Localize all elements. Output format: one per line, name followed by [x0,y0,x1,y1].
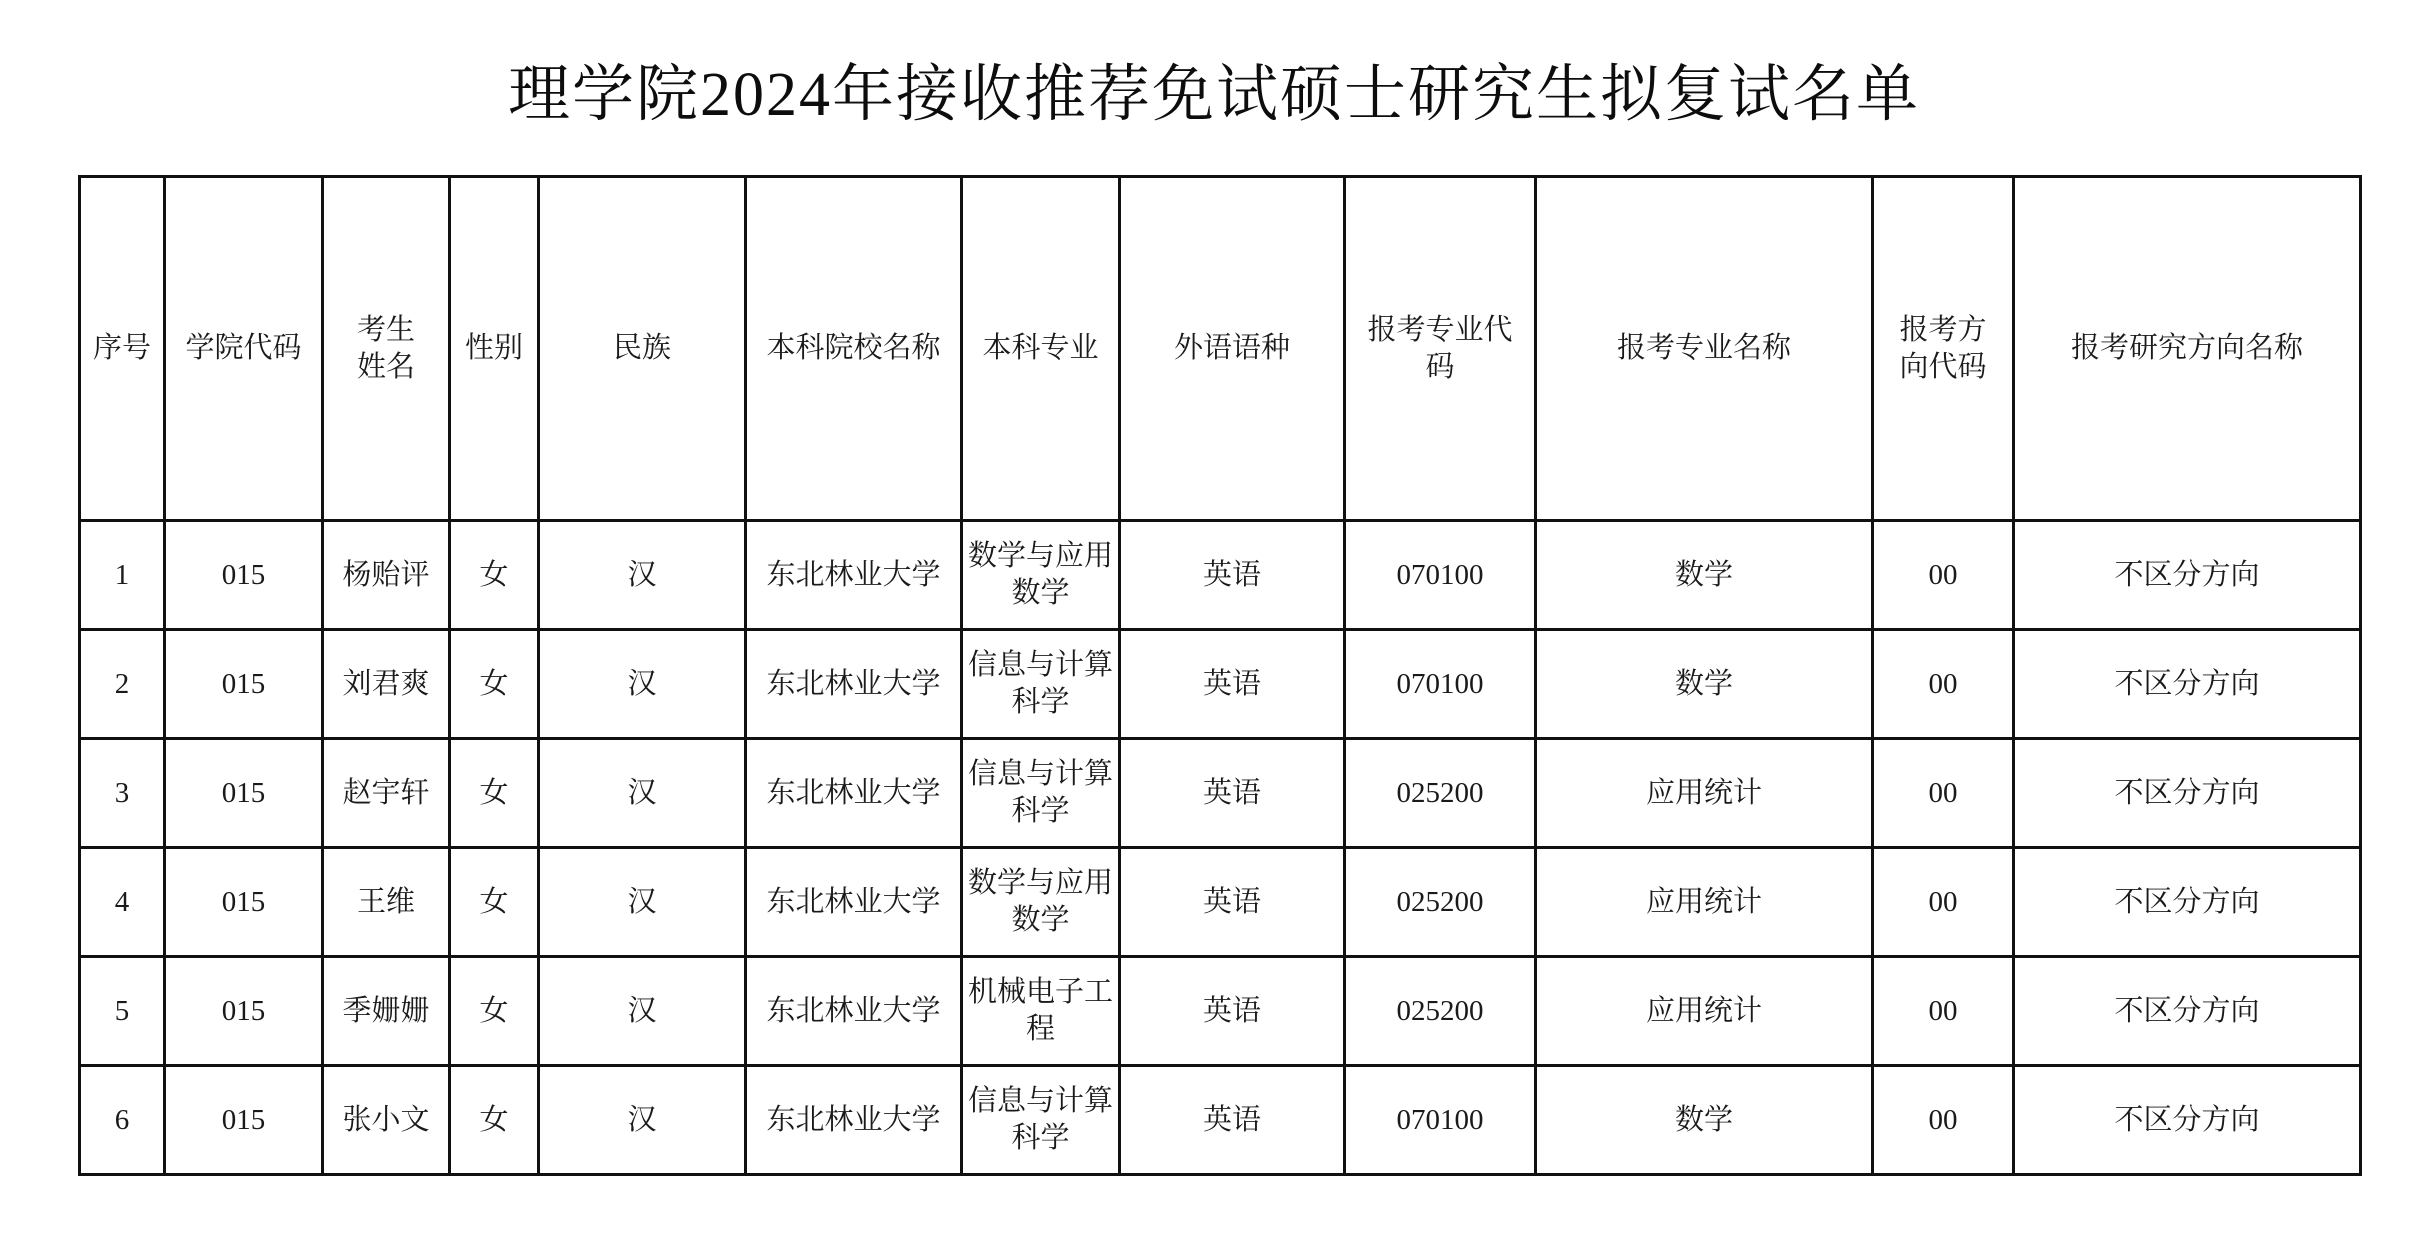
cell-name: 赵宇轩 [323,739,450,848]
page-title: 理学院2024年接收推荐免试硕士研究生拟复试名单 [0,52,2428,138]
column-header-ethnicity: 民族 [539,177,746,521]
cell-major-code: 070100 [1345,1066,1536,1175]
cell-ethnicity: 汉 [539,521,746,630]
column-header-foreign-language: 外语语种 [1120,177,1345,521]
cell-college-code: 015 [165,848,323,957]
cell-seq: 3 [80,739,165,848]
header-row: 序号学院代码考生 姓名性别民族本科院校名称本科专业外语语种报考专业代 码报考专业… [80,177,2361,521]
cell-college-code: 015 [165,630,323,739]
cell-seq: 4 [80,848,165,957]
cell-direction-code: 00 [1873,848,2014,957]
cell-direction-name: 不区分方向 [2014,521,2361,630]
cell-gender: 女 [450,848,539,957]
cell-ethnicity: 汉 [539,848,746,957]
cell-direction-code: 00 [1873,630,2014,739]
column-header-gender: 性别 [450,177,539,521]
cell-direction-name: 不区分方向 [2014,848,2361,957]
cell-undergrad-major: 机械电子工程 [962,957,1120,1066]
cell-major-name: 数学 [1536,630,1873,739]
cell-undergrad-major: 信息与计算科学 [962,739,1120,848]
column-header-direction-name: 报考研究方向名称 [2014,177,2361,521]
cell-undergrad-school: 东北林业大学 [746,739,962,848]
cell-direction-name: 不区分方向 [2014,739,2361,848]
cell-ethnicity: 汉 [539,630,746,739]
cell-name: 张小文 [323,1066,450,1175]
cell-undergrad-school: 东北林业大学 [746,630,962,739]
column-header-major-code: 报考专业代 码 [1345,177,1536,521]
cell-undergrad-major: 信息与计算科学 [962,1066,1120,1175]
cell-major-code: 025200 [1345,957,1536,1066]
cell-college-code: 015 [165,521,323,630]
cell-undergrad-major: 数学与应用数学 [962,521,1120,630]
table-header: 序号学院代码考生 姓名性别民族本科院校名称本科专业外语语种报考专业代 码报考专业… [80,177,2361,521]
column-header-seq: 序号 [80,177,165,521]
table-body: 1015杨贻评女汉东北林业大学数学与应用数学英语070100数学00不区分方向2… [80,521,2361,1175]
table-row: 3015赵宇轩女汉东北林业大学信息与计算科学英语025200应用统计00不区分方… [80,739,2361,848]
column-header-major-name: 报考专业名称 [1536,177,1873,521]
cell-gender: 女 [450,521,539,630]
cell-seq: 6 [80,1066,165,1175]
cell-direction-name: 不区分方向 [2014,630,2361,739]
candidate-table: 序号学院代码考生 姓名性别民族本科院校名称本科专业外语语种报考专业代 码报考专业… [78,175,2362,1176]
cell-foreign-language: 英语 [1120,848,1345,957]
cell-major-name: 应用统计 [1536,957,1873,1066]
cell-college-code: 015 [165,1066,323,1175]
cell-gender: 女 [450,630,539,739]
cell-major-name: 应用统计 [1536,848,1873,957]
cell-undergrad-school: 东北林业大学 [746,1066,962,1175]
cell-seq: 1 [80,521,165,630]
cell-direction-code: 00 [1873,957,2014,1066]
cell-name: 王维 [323,848,450,957]
cell-college-code: 015 [165,957,323,1066]
cell-foreign-language: 英语 [1120,739,1345,848]
cell-undergrad-school: 东北林业大学 [746,957,962,1066]
column-header-name: 考生 姓名 [323,177,450,521]
cell-major-name: 数学 [1536,521,1873,630]
cell-ethnicity: 汉 [539,1066,746,1175]
cell-name: 杨贻评 [323,521,450,630]
table-row: 5015季姗姗女汉东北林业大学机械电子工程英语025200应用统计00不区分方向 [80,957,2361,1066]
cell-major-name: 数学 [1536,1066,1873,1175]
cell-undergrad-major: 信息与计算科学 [962,630,1120,739]
cell-foreign-language: 英语 [1120,1066,1345,1175]
cell-direction-name: 不区分方向 [2014,1066,2361,1175]
cell-gender: 女 [450,739,539,848]
column-header-college-code: 学院代码 [165,177,323,521]
table-row: 6015张小文女汉东北林业大学信息与计算科学英语070100数学00不区分方向 [80,1066,2361,1175]
column-header-undergrad-school: 本科院校名称 [746,177,962,521]
cell-name: 刘君爽 [323,630,450,739]
cell-major-code: 070100 [1345,630,1536,739]
cell-foreign-language: 英语 [1120,630,1345,739]
cell-undergrad-school: 东北林业大学 [746,848,962,957]
cell-gender: 女 [450,1066,539,1175]
cell-direction-code: 00 [1873,1066,2014,1175]
cell-undergrad-major: 数学与应用数学 [962,848,1120,957]
cell-direction-name: 不区分方向 [2014,957,2361,1066]
cell-foreign-language: 英语 [1120,521,1345,630]
cell-seq: 2 [80,630,165,739]
table-row: 2015刘君爽女汉东北林业大学信息与计算科学英语070100数学00不区分方向 [80,630,2361,739]
cell-ethnicity: 汉 [539,957,746,1066]
cell-major-name: 应用统计 [1536,739,1873,848]
cell-direction-code: 00 [1873,521,2014,630]
cell-foreign-language: 英语 [1120,957,1345,1066]
column-header-undergrad-major: 本科专业 [962,177,1120,521]
column-header-direction-code: 报考方 向代码 [1873,177,2014,521]
cell-gender: 女 [450,957,539,1066]
cell-major-code: 025200 [1345,848,1536,957]
cell-college-code: 015 [165,739,323,848]
cell-undergrad-school: 东北林业大学 [746,521,962,630]
cell-direction-code: 00 [1873,739,2014,848]
cell-major-code: 070100 [1345,521,1536,630]
cell-name: 季姗姗 [323,957,450,1066]
table-row: 4015王维女汉东北林业大学数学与应用数学英语025200应用统计00不区分方向 [80,848,2361,957]
table-row: 1015杨贻评女汉东北林业大学数学与应用数学英语070100数学00不区分方向 [80,521,2361,630]
cell-ethnicity: 汉 [539,739,746,848]
cell-seq: 5 [80,957,165,1066]
cell-major-code: 025200 [1345,739,1536,848]
